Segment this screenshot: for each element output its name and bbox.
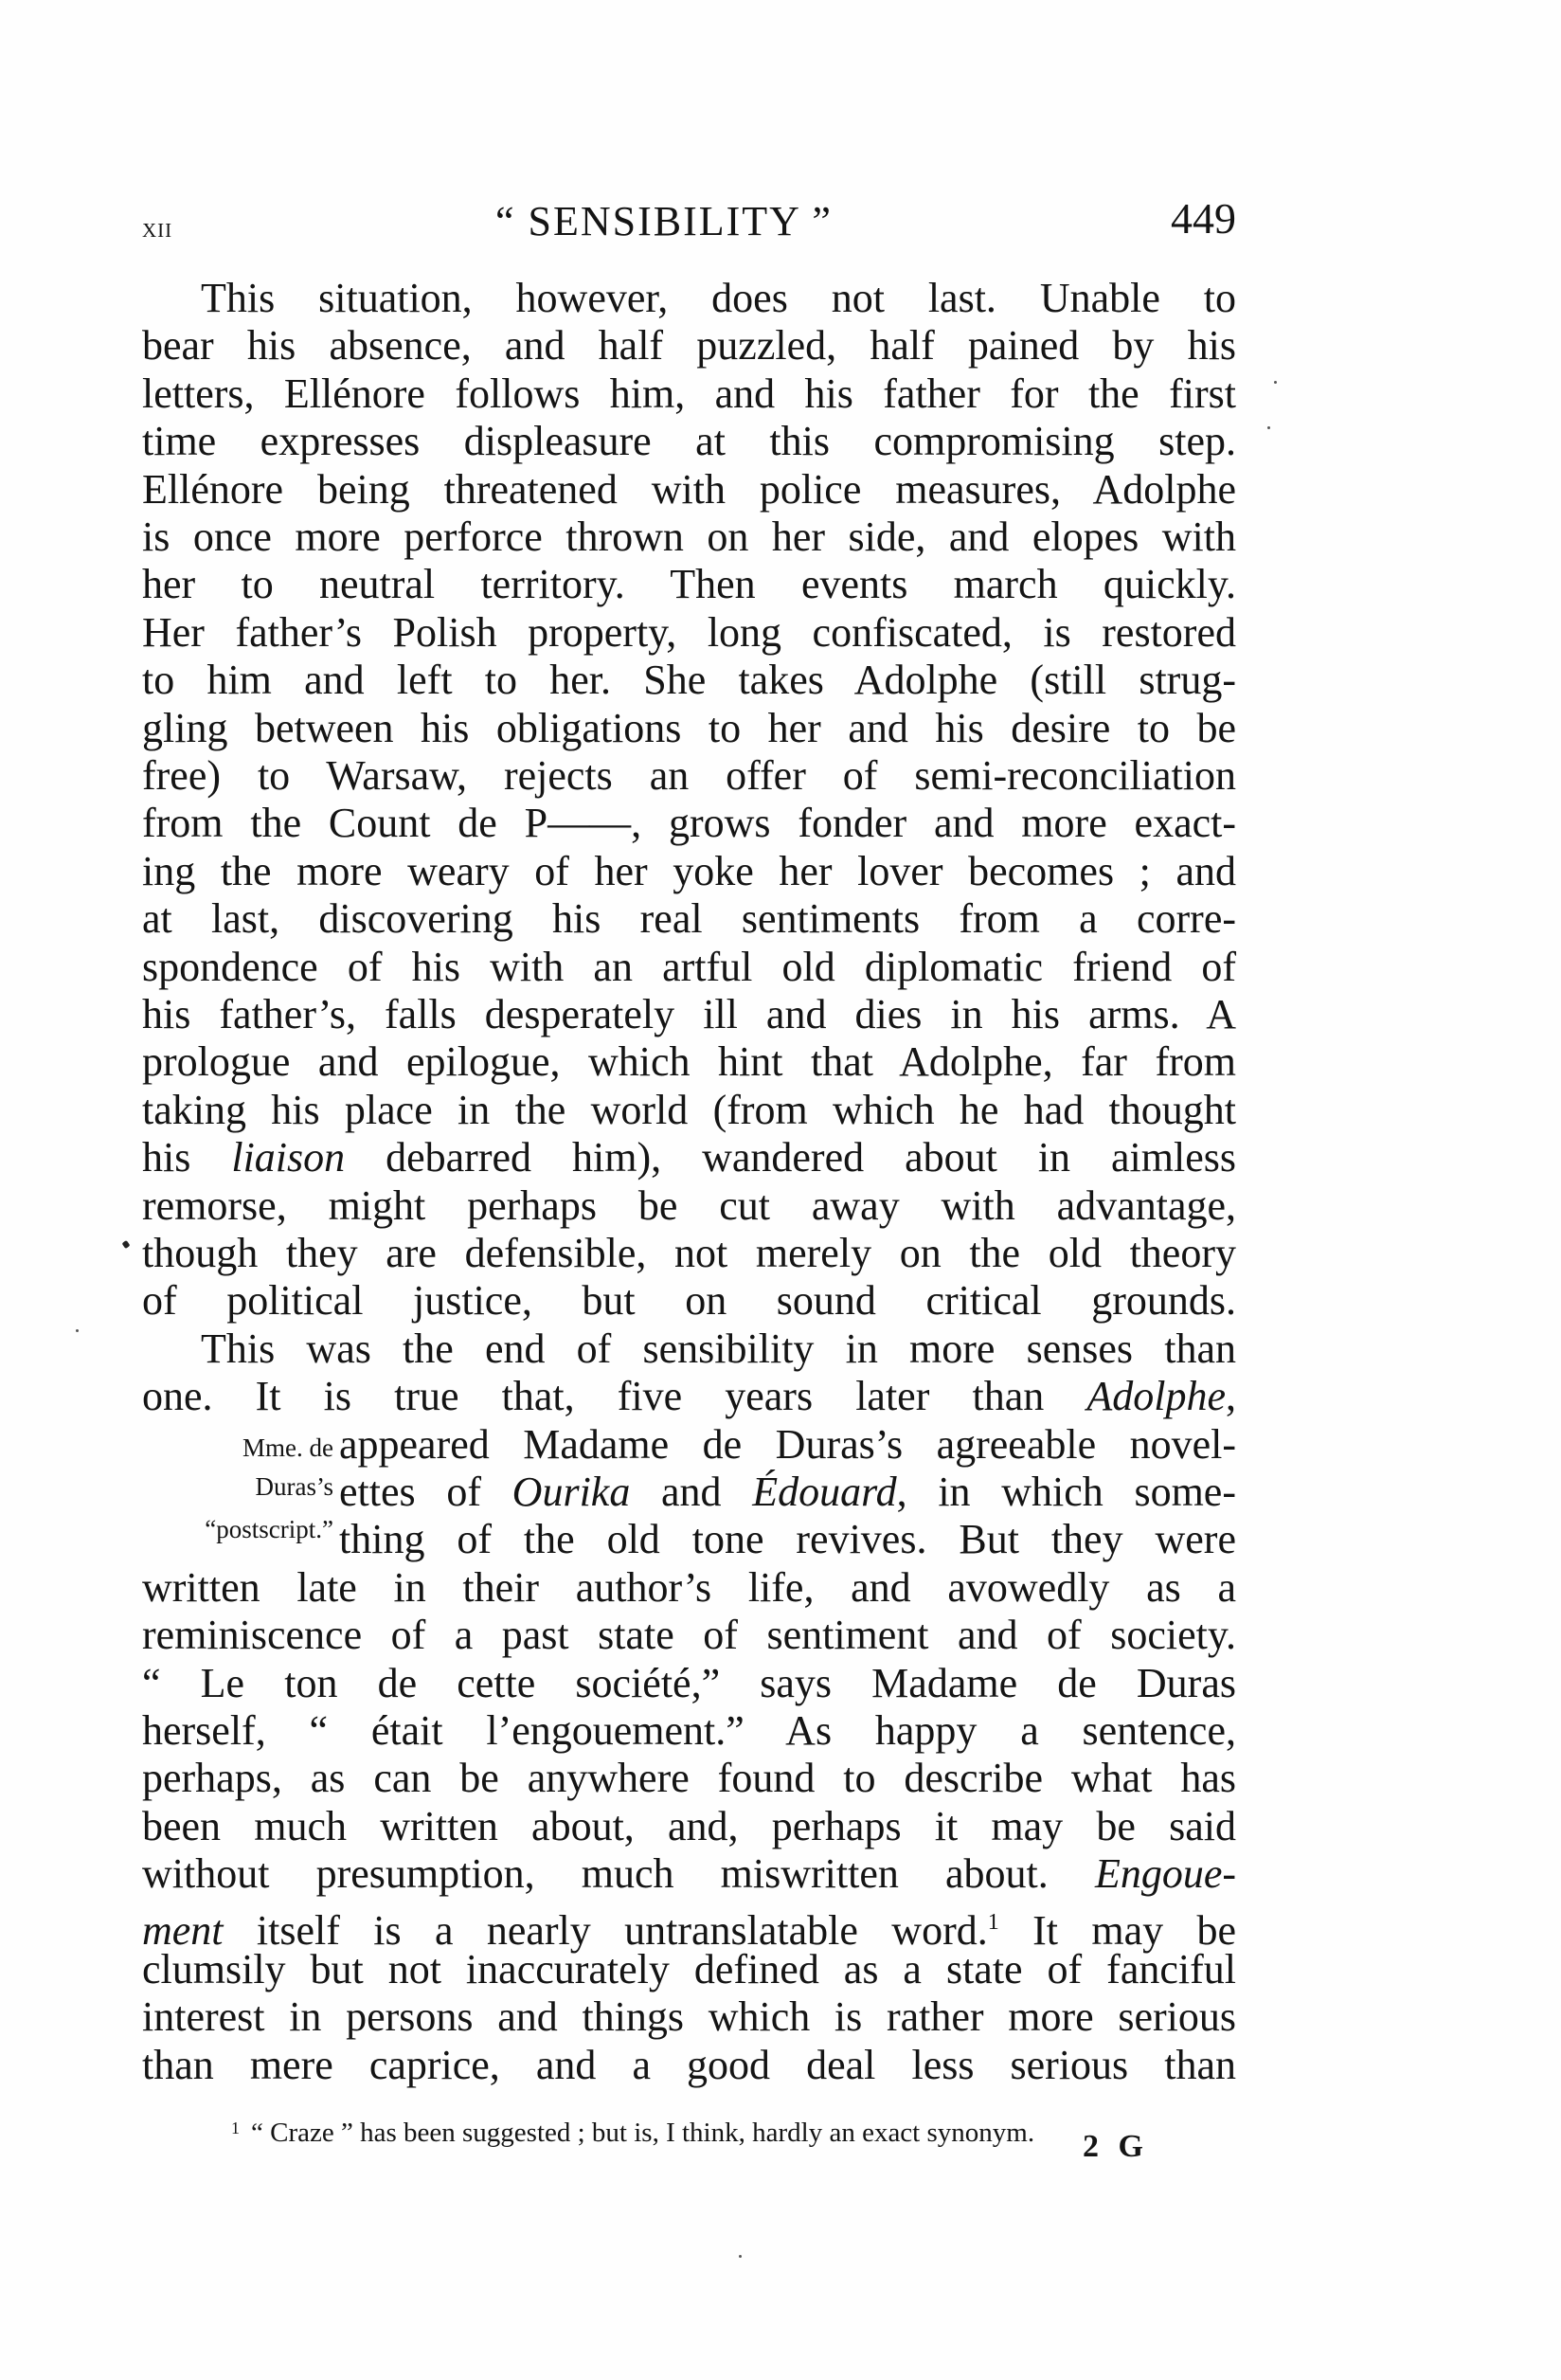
- speck: [1267, 426, 1270, 429]
- text-line-content: though they are defensible, not merely o…: [142, 1230, 1236, 1277]
- text-line: appeared Madame de Duras’s agreeable nov…: [339, 1421, 1236, 1469]
- text-span: free) to Warsaw, rejects an offer of sem…: [142, 752, 1236, 799]
- text-line-content: prologue and epilogue, which hint that A…: [142, 1038, 1236, 1086]
- text-span: his: [142, 1134, 231, 1181]
- text-line: reminiscence of a past state of sentimen…: [142, 1612, 1236, 1659]
- text-line-content: taking his place in the world (from whic…: [142, 1087, 1236, 1134]
- signature-mark: 2 G: [1083, 2129, 1149, 2165]
- text-span: “ Le ton de cette société,” says Madame …: [142, 1660, 1236, 1706]
- text-span: perhaps, as can be anywhere found to des…: [142, 1755, 1236, 1801]
- text-span: taking his place in the world (from whic…: [142, 1087, 1236, 1133]
- text-span: , in which some-: [897, 1469, 1236, 1515]
- chapter-number: xii: [142, 212, 172, 244]
- text-span: Ellénore being threatened with police me…: [142, 466, 1236, 513]
- text-line: at last, discovering his real sentiments…: [142, 895, 1236, 943]
- text-line: written late in their author’s life, and…: [142, 1564, 1236, 1612]
- text-line-content: written late in their author’s life, and…: [142, 1564, 1236, 1612]
- text-span: remorse, might perhaps be cut away with …: [142, 1182, 1236, 1229]
- text-line: time expresses displeasure at this compr…: [142, 418, 1236, 465]
- text-line-content: time expresses displeasure at this compr…: [142, 418, 1236, 465]
- running-head: xii “ SENSIBILITY ” 449: [142, 186, 1236, 243]
- text-span: spondence of his with an artful old dipl…: [142, 944, 1236, 990]
- text-span: one. It is true that, five years later t…: [142, 1373, 1086, 1419]
- text-span: prologue and epilogue, which hint that A…: [142, 1038, 1236, 1085]
- text-span: and: [630, 1469, 752, 1515]
- text-line: one. It is true that, five years later t…: [142, 1373, 1236, 1420]
- text-line: perhaps, as can be anywhere found to des…: [142, 1755, 1236, 1802]
- text-line: his liaison debarred him), wandered abou…: [142, 1134, 1236, 1181]
- text-span: been much written about, and, perhaps it…: [142, 1803, 1236, 1849]
- italic-span: liaison: [231, 1134, 345, 1181]
- speck: [739, 2255, 742, 2258]
- text-span: This situation, however, does not last. …: [201, 275, 1236, 321]
- footnote-marker: 1: [231, 2119, 240, 2137]
- text-line: without presumption, much miswritten abo…: [142, 1850, 1236, 1898]
- footnote-ref: 1: [988, 1910, 999, 1935]
- text-span: at last, discovering his real sentiments…: [142, 895, 1236, 942]
- text-line-content: letters, Ellénore follows him, and his f…: [142, 370, 1236, 418]
- text-line-content: her to neutral territory. Then events ma…: [142, 561, 1236, 608]
- text-span: of political justice, but on sound criti…: [142, 1277, 1236, 1324]
- text-span: letters, Ellénore follows him, and his f…: [142, 370, 1236, 417]
- speck: [76, 1329, 79, 1332]
- text-line: been much written about, and, perhaps it…: [142, 1803, 1236, 1850]
- text-line: though they are defensible, not merely o…: [142, 1230, 1236, 1277]
- book-page: xii “ SENSIBILITY ” 449 This situation, …: [0, 0, 1561, 2380]
- text-line-content: of political justice, but on sound criti…: [142, 1277, 1236, 1325]
- text-line: This was the end of sensibility in more …: [142, 1325, 1236, 1373]
- text-line-content: clumsily but not inaccurately defined as…: [142, 1946, 1236, 1993]
- text-line: free) to Warsaw, rejects an offer of sem…: [142, 752, 1236, 800]
- text-line-content: spondence of his with an artful old dipl…: [142, 944, 1236, 991]
- footnote-text: “ Craze ” has been suggested ; but is, I…: [251, 2118, 1034, 2148]
- text-line-content: Her father’s Polish property, long confi…: [142, 609, 1236, 657]
- text-line-content: This situation, however, does not last. …: [142, 275, 1236, 322]
- text-span: bear his absence, and half puzzled, half…: [142, 322, 1236, 369]
- text-line-content: Ellénore being threatened with police me…: [142, 466, 1236, 514]
- text-line: taking his place in the world (from whic…: [142, 1087, 1236, 1134]
- text-span: This was the end of sensibility in more …: [201, 1325, 1236, 1372]
- text-line: than mere caprice, and a good deal less …: [142, 2042, 1236, 2089]
- text-line-content: than mere caprice, and a good deal less …: [142, 2042, 1236, 2089]
- text-line: prologue and epilogue, which hint that A…: [142, 1038, 1236, 1086]
- italic-span: Adolphe: [1086, 1373, 1226, 1419]
- italic-span: Ourika: [512, 1469, 631, 1515]
- stray-ink-mark: [122, 1240, 131, 1249]
- text-line: thing of the old tone revives. But they …: [339, 1516, 1236, 1563]
- text-line-content: This was the end of sensibility in more …: [142, 1325, 1236, 1373]
- text-span: reminiscence of a past state of sentimen…: [142, 1612, 1236, 1658]
- text-span: is once more perforce thrown on her side…: [142, 514, 1236, 560]
- italic-span: Édouard: [752, 1469, 896, 1515]
- footnote: 1“ Craze ” has been suggested ; but is, …: [231, 2109, 1034, 2152]
- text-span: written late in their author’s life, and…: [142, 1564, 1236, 1611]
- text-span: herself, “ était l’engouement.” As happy…: [142, 1707, 1236, 1754]
- text-line-content: “ Le ton de cette société,” says Madame …: [142, 1660, 1236, 1707]
- margin-note-line: Mme. de: [123, 1419, 333, 1459]
- text-span: clumsily but not inaccurately defined as…: [142, 1946, 1236, 1992]
- text-line-content: herself, “ était l’engouement.” As happy…: [142, 1707, 1236, 1755]
- text-line-content: is once more perforce thrown on her side…: [142, 514, 1236, 561]
- text-span: her to neutral territory. Then events ma…: [142, 561, 1236, 607]
- text-line: of political justice, but on sound criti…: [142, 1277, 1236, 1325]
- text-span: though they are defensible, not merely o…: [142, 1230, 1236, 1276]
- text-line-content: free) to Warsaw, rejects an offer of sem…: [142, 752, 1236, 800]
- text-line-content: remorse, might perhaps be cut away with …: [142, 1182, 1236, 1230]
- text-line-content: gling between his obligations to her and…: [142, 705, 1236, 752]
- text-line: ettes of Ourika and Édouard, in which so…: [339, 1469, 1236, 1516]
- text-line-content: ing the more weary of her yoke her lover…: [142, 848, 1236, 895]
- text-span: interest in persons and things which is …: [142, 1993, 1236, 2040]
- margin-note-line: “postscript.”: [123, 1506, 333, 1554]
- text-line-content: one. It is true that, five years later t…: [142, 1373, 1236, 1420]
- text-span: his father’s, falls desperately ill and …: [142, 991, 1236, 1037]
- text-line: spondence of his with an artful old dipl…: [142, 944, 1236, 991]
- page-number: 449: [1171, 193, 1236, 243]
- text-line-content: to him and left to her. She takes Adolph…: [142, 657, 1236, 704]
- text-line-content: his liaison debarred him), wandered abou…: [142, 1134, 1236, 1181]
- text-line-content: without presumption, much miswritten abo…: [142, 1850, 1236, 1898]
- italic-span: Engoue-: [1095, 1850, 1236, 1897]
- text-line: from the Count de P——, grows fonder and …: [142, 800, 1236, 847]
- text-line: ment itself is a nearly untranslatable w…: [142, 1899, 1236, 1946]
- text-line-content: bear his absence, and half puzzled, half…: [142, 322, 1236, 370]
- running-title: “ SENSIBILITY ”: [495, 197, 833, 245]
- text-line-content: from the Count de P——, grows fonder and …: [142, 800, 1236, 847]
- text-line-content: reminiscence of a past state of sentimen…: [142, 1612, 1236, 1659]
- text-line: interest in persons and things which is …: [142, 1993, 1236, 2041]
- text-span: gling between his obligations to her and…: [142, 705, 1236, 751]
- text-line: bear his absence, and half puzzled, half…: [142, 322, 1236, 370]
- text-span: without presumption, much miswritten abo…: [142, 1850, 1095, 1897]
- text-line: herself, “ était l’engouement.” As happy…: [142, 1707, 1236, 1755]
- text-line-content: been much written about, and, perhaps it…: [142, 1803, 1236, 1850]
- margin-note: Mme. de Duras’s “postscript.”: [123, 1419, 333, 1554]
- text-span: time expresses displeasure at this compr…: [142, 418, 1236, 464]
- speck: [1274, 381, 1277, 384]
- text-span: than mere caprice, and a good deal less …: [142, 2042, 1236, 2088]
- text-line-content: at last, discovering his real sentiments…: [142, 895, 1236, 943]
- text-line: “ Le ton de cette société,” says Madame …: [142, 1660, 1236, 1707]
- text-line-content: thing of the old tone revives. But they …: [339, 1516, 1236, 1563]
- text-span: to him and left to her. She takes Adolph…: [142, 657, 1236, 703]
- text-line: her to neutral territory. Then events ma…: [142, 561, 1236, 608]
- text-line: his father’s, falls desperately ill and …: [142, 991, 1236, 1038]
- text-line-content: interest in persons and things which is …: [142, 1993, 1236, 2041]
- text-line-content: appeared Madame de Duras’s agreeable nov…: [339, 1421, 1236, 1469]
- text-span: appeared Madame de Duras’s agreeable nov…: [339, 1421, 1236, 1468]
- text-line: remorse, might perhaps be cut away with …: [142, 1182, 1236, 1230]
- text-line: gling between his obligations to her and…: [142, 705, 1236, 752]
- text-line: is once more perforce thrown on her side…: [142, 514, 1236, 561]
- text-line: Her father’s Polish property, long confi…: [142, 609, 1236, 657]
- text-line: ing the more weary of her yoke her lover…: [142, 848, 1236, 895]
- text-line: letters, Ellénore follows him, and his f…: [142, 370, 1236, 418]
- text-span: debarred him), wandered about in aimless: [345, 1134, 1236, 1181]
- text-line: to him and left to her. She takes Adolph…: [142, 657, 1236, 704]
- text-line-content: perhaps, as can be anywhere found to des…: [142, 1755, 1236, 1802]
- margin-note-line: Duras’s: [123, 1459, 333, 1506]
- text-span: thing of the old tone revives. But they …: [339, 1516, 1236, 1562]
- text-span: ing the more weary of her yoke her lover…: [142, 848, 1236, 894]
- text-line-content: his father’s, falls desperately ill and …: [142, 991, 1236, 1038]
- text-line: clumsily but not inaccurately defined as…: [142, 1946, 1236, 1993]
- text-line: This situation, however, does not last. …: [142, 275, 1236, 322]
- text-span: ,: [1226, 1373, 1236, 1419]
- text-line: Ellénore being threatened with police me…: [142, 466, 1236, 514]
- text-span: Her father’s Polish property, long confi…: [142, 609, 1236, 656]
- text-line-content: ettes of Ourika and Édouard, in which so…: [339, 1469, 1236, 1516]
- text-span: ettes of: [339, 1469, 512, 1515]
- text-span: from the Count de P——, grows fonder and …: [142, 800, 1236, 846]
